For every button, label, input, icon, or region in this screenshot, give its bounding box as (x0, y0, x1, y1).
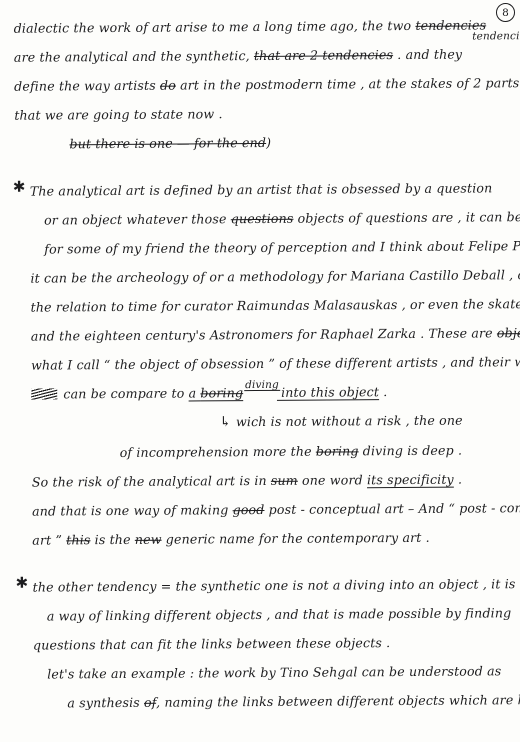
text: . (379, 384, 387, 399)
struck-text: sum (271, 473, 298, 488)
text: generic name for the contemporary art . (162, 530, 430, 547)
text: So the risk of the analytical art is in (32, 473, 271, 490)
struck-text: new (135, 532, 162, 547)
text: define the way artists (14, 78, 160, 94)
text: art ” (32, 532, 66, 547)
handwriting-line: that we are going to state now . (14, 97, 514, 129)
text: a way of linking different objects , and… (47, 605, 512, 623)
handwriting-line: define the way artists do art in the pos… (14, 68, 514, 100)
text: that we are going to state now . (14, 106, 222, 122)
text: objects of questions are , it can be (293, 209, 520, 226)
handwriting-line: a synthesis of, naming the links between… (33, 685, 518, 717)
handwriting-line: and the eighteen century's Astronomers f… (31, 318, 516, 350)
handwriting-line: the relation to time for curator Raimund… (31, 289, 516, 321)
inserted-word-above: diving (244, 380, 280, 391)
handwriting-line: are the analytical and the synthetic, th… (14, 39, 514, 71)
handwriting-line: it can be the archeology of or a methodo… (30, 260, 515, 292)
handwriting-line: can be compare to a boringdiving into th… (31, 376, 516, 408)
struck-text: objects (497, 325, 520, 340)
text: can be compare to (59, 385, 188, 401)
text: The analytical art is defined by an arti… (30, 180, 493, 198)
handwritten-text: dialectic the work of art arise to me a … (0, 0, 520, 718)
text: a synthesis (67, 695, 144, 711)
scribble-mark (31, 388, 57, 399)
underlined-text: into this object (277, 384, 379, 400)
handwriting-line: and that is one way of making good post … (32, 493, 517, 525)
struck-text: do (160, 78, 176, 93)
text: let's take an example : the work by Tino… (47, 663, 501, 681)
text: are the analytical and the synthetic, (14, 48, 254, 65)
struck-text: good (233, 502, 265, 517)
handwriting-line: dialectic the work of art arise to me a … (14, 10, 514, 42)
underlined-text: a (189, 385, 201, 400)
text: and that is one way of making (32, 502, 233, 518)
text: what I call “ the object of obsession ” … (31, 354, 520, 373)
text: dialectic the work of art arise to me a … (14, 18, 416, 36)
paragraph: dialectic the work of art arise to me a … (14, 10, 515, 158)
handwriting-line: what I call “ the object of obsession ” … (31, 347, 516, 379)
text: one word (298, 472, 367, 487)
text: for some of my friend the theory of perc… (44, 238, 520, 257)
underlined-text: its specificity (367, 472, 454, 488)
struck-text: but there is one — for the end (69, 135, 266, 151)
handwriting-line: art ” this is the new generic name for t… (32, 522, 517, 554)
text: diving is deep . (359, 443, 463, 459)
handwriting-line: for some of my friend the theory of perc… (30, 231, 515, 263)
handwriting-line: of incomprehension more the boring divin… (32, 435, 517, 467)
star-marker: ✱ (13, 180, 26, 195)
text: of incomprehension more the (120, 444, 316, 460)
handwriting-line: questions that can fit the links between… (33, 627, 518, 659)
handwriting-line: let's take an example : the work by Tino… (33, 656, 518, 688)
struck-text: boring (316, 443, 359, 458)
text: . and they (393, 47, 462, 62)
handwriting-line: or an object whatever those questions ob… (30, 202, 515, 234)
struck-text: of (144, 695, 156, 710)
inserted-word-below: tendencies (472, 31, 520, 41)
text: it can be the archeology of or a methodo… (30, 267, 520, 285)
handwriting-line: The analytical art is defined by an arti… (30, 173, 515, 205)
text: post - conceptual art – And “ post - con… (264, 500, 520, 517)
text: wich is not without a risk , the one (236, 413, 463, 430)
struck-text: that are 2 tendencies (254, 47, 393, 63)
handwriting-line: the other tendency = the synthetic one i… (32, 569, 517, 601)
text: the relation to time for curator Raimund… (31, 296, 520, 315)
text: the other tendency = the synthetic one i… (33, 576, 516, 594)
handwriting-line: ↳ wich is not without a risk , the one (31, 405, 516, 438)
handwriting-line: but there is one — for the end) (14, 126, 514, 158)
struck-text: this (66, 532, 90, 547)
text: and the eighteen century's Astronomers f… (31, 325, 497, 343)
return-arrow-icon: ↳ (219, 414, 236, 430)
handwriting-line: a way of linking different objects , and… (33, 598, 518, 630)
text: questions that can fit the links between… (33, 635, 390, 652)
paragraph: ✱the other tendency = the synthetic one … (17, 569, 518, 717)
struck-underlined-text: boring (200, 385, 243, 400)
text: , naming the links between different obj… (156, 692, 520, 710)
text: is the (90, 532, 134, 547)
struck-text: questions (231, 211, 294, 226)
text: art in the postmodern time , at the stak… (176, 75, 520, 92)
handwriting-line: So the risk of the analytical art is in … (32, 464, 517, 496)
text: ) (266, 135, 271, 150)
manuscript-page: 8 dialectic the work of art arise to me … (0, 0, 520, 742)
text: or an object whatever those (44, 211, 231, 227)
star-marker: ✱ (16, 576, 29, 591)
text: . (454, 472, 462, 487)
paragraph: ✱The analytical art is defined by an art… (15, 173, 518, 554)
